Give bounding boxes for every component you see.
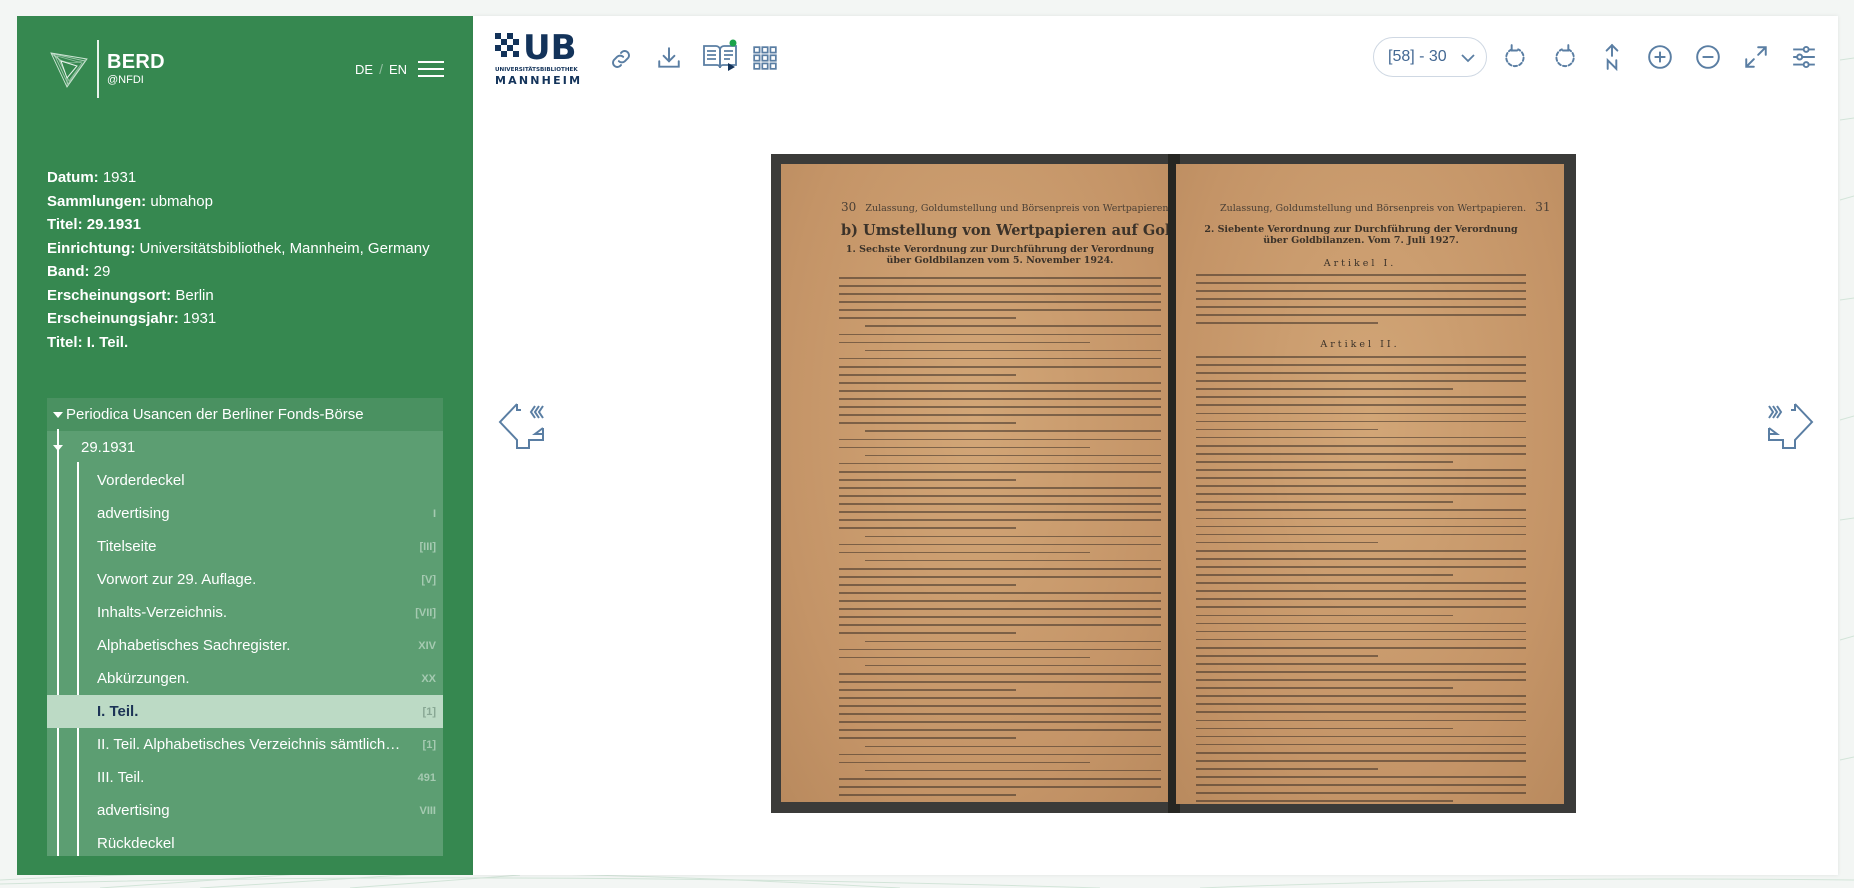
tree-item[interactable]: advertisingI (47, 497, 443, 530)
grid-icon[interactable] (752, 45, 778, 71)
tree-items: VorderdeckeladvertisingITitelseite[III]V… (47, 464, 443, 856)
settings-sliders-icon[interactable] (1791, 44, 1817, 70)
lang-de-link[interactable]: DE (355, 62, 373, 77)
svg-text:UB: UB (523, 30, 577, 68)
metadata-label: Titel: (47, 334, 83, 351)
berd-logo-icon (47, 47, 91, 91)
north-icon[interactable] (1599, 43, 1625, 71)
tree-item-page: XIV (418, 640, 436, 652)
metadata-value: 1931 (183, 310, 216, 327)
metadata-list: Datum: 1931Sammlungen: ubmahopTitel: 29.… (47, 166, 430, 354)
tree-item-page: [III] (420, 541, 437, 553)
metadata-row: Sammlungen: ubmahop (47, 190, 430, 214)
link-icon[interactable] (608, 46, 634, 72)
tree-item-label: Inhalts-Verzeichnis. (97, 604, 227, 621)
metadata-label: Band: (47, 263, 90, 280)
metadata-row: Band: 29 (47, 260, 430, 284)
tree-item-page: [1] (423, 706, 436, 718)
tree-item-page: [1] (423, 739, 436, 751)
brand-name: BERD (107, 51, 165, 73)
fulltext-book-icon[interactable] (702, 38, 738, 72)
left-page: 30 Zulassung, Goldumstellung und Börsenp… (781, 164, 1171, 802)
brand-divider (97, 40, 99, 98)
fullscreen-icon[interactable] (1743, 44, 1769, 70)
hamburger-menu-icon[interactable] (418, 61, 444, 81)
ub-mannheim-logo[interactable]: UB UNIVERSITÄTSBIBLIOTHEK MANNHEIM (494, 30, 586, 88)
lang-en-link[interactable]: EN (389, 62, 407, 77)
caret-down-icon[interactable] (53, 412, 63, 418)
right-page: Zulassung, Goldumstellung und Börsenprei… (1176, 164, 1564, 804)
tree-item-label: advertising (97, 802, 170, 819)
metadata-label: Erscheinungsjahr: (47, 310, 179, 327)
metadata-row: Einrichtung: Universitätsbibliothek, Man… (47, 237, 430, 261)
tree-item-label: Vorderdeckel (97, 472, 185, 489)
tree-item-page: VIII (419, 805, 436, 817)
tree-volume-label: 29.1931 (81, 439, 135, 456)
zoom-in-icon[interactable] (1647, 44, 1673, 70)
right-running-head: Zulassung, Goldumstellung und Börsenprei… (1220, 203, 1526, 214)
tree-item[interactable]: advertisingVIII (47, 794, 443, 827)
tree-item-label: Alphabetisches Sachregister. (97, 637, 290, 654)
metadata-value: Berlin (175, 287, 213, 304)
metadata-label: Sammlungen: (47, 193, 146, 210)
tree-item-label: Vorwort zur 29. Auflage. (97, 571, 256, 588)
left-page-text (839, 277, 1161, 802)
document-scan-image[interactable]: 30 Zulassung, Goldumstellung und Börsenp… (771, 154, 1576, 813)
tree-item[interactable]: Inhalts-Verzeichnis.[VII] (47, 596, 443, 629)
tree-item[interactable]: Vorwort zur 29. Auflage.[V] (47, 563, 443, 596)
svg-text:MANNHEIM: MANNHEIM (495, 74, 582, 87)
metadata-row: Erscheinungsjahr: 1931 (47, 307, 430, 331)
rotate-right-icon[interactable] (1551, 44, 1577, 70)
tree-item[interactable]: Vorderdeckel (47, 464, 443, 497)
tree-root-periodica[interactable]: Periodica Usancen der Berliner Fonds-Bör… (47, 398, 443, 431)
right-article-2: Artikel II. (1176, 339, 1554, 350)
right-page-subheading: 2. Siebente Verordnung zur Durchführung … (1196, 224, 1526, 246)
left-page-subheading: 1. Sechste Verordnung zur Durchführung d… (841, 244, 1159, 266)
left-page-heading: b) Umstellung von Wertpapieren auf Goldm… (841, 222, 1171, 239)
caret-down-icon[interactable] (53, 445, 63, 451)
tree-item-label: III. Teil. (97, 769, 144, 786)
rotate-left-icon[interactable] (1503, 44, 1529, 70)
tree-item[interactable]: I. Teil.[1] (47, 695, 443, 728)
metadata-row: Erscheinungsort: Berlin (47, 284, 430, 308)
svg-text:UNIVERSITÄTSBIBLIOTHEK: UNIVERSITÄTSBIBLIOTHEK (495, 66, 578, 73)
right-page-text (1196, 274, 1526, 331)
tree-item[interactable]: Alphabetisches Sachregister.XIV (47, 629, 443, 662)
page-select-value: [58] - 30 (1388, 48, 1447, 66)
tree-item-page: [VII] (415, 607, 436, 619)
brand-sub: @NFDI (107, 73, 165, 87)
metadata-value: I. Teil. (87, 334, 128, 351)
tree-item[interactable]: Rückdeckel (47, 827, 443, 856)
tree-item-page: XX (421, 673, 436, 685)
metadata-value: 29.1931 (87, 216, 141, 233)
page-select-dropdown[interactable]: [58] - 30 (1373, 37, 1487, 77)
metadata-row: Titel: 29.1931 (47, 213, 430, 237)
left-page-number: 30 (841, 200, 856, 214)
tree-item-label: Rückdeckel (97, 835, 175, 852)
tree-root-label: Periodica Usancen der Berliner Fonds-Bör… (66, 406, 364, 423)
right-page-text (1196, 356, 1526, 804)
metadata-label: Erscheinungsort: (47, 287, 171, 304)
zoom-out-icon[interactable] (1695, 44, 1721, 70)
tree-item[interactable]: Abkürzungen.XX (47, 662, 443, 695)
tree-item-page: [V] (421, 574, 436, 586)
metadata-label: Einrichtung: (47, 240, 135, 257)
structure-tree: Periodica Usancen der Berliner Fonds-Bör… (47, 398, 443, 856)
next-page-arrow-icon[interactable] (1763, 400, 1815, 452)
tree-volume-29-1931[interactable]: 29.1931 (47, 431, 443, 464)
tree-item-page: I (433, 508, 436, 520)
left-running-head: Zulassung, Goldumstellung und Börsenprei… (865, 203, 1171, 214)
tree-item[interactable]: II. Teil. Alphabetisches Verzeichnis säm… (47, 728, 443, 761)
lang-separator: / (379, 61, 383, 77)
sidebar: BERD @NFDI DE / EN Datum: 1931Sammlungen… (17, 16, 473, 875)
previous-page-arrow-icon[interactable] (497, 400, 549, 452)
download-icon[interactable] (656, 45, 682, 71)
metadata-value: ubmahop (150, 193, 213, 210)
chevron-down-icon (1460, 50, 1476, 66)
berd-brand[interactable]: BERD @NFDI (47, 40, 165, 98)
status-dot (730, 40, 737, 47)
metadata-value: Universitätsbibliothek, Mannheim, German… (140, 240, 430, 257)
metadata-value: 1931 (103, 169, 136, 186)
metadata-row: Titel: I. Teil. (47, 331, 430, 355)
tree-item[interactable]: Titelseite[III] (47, 530, 443, 563)
tree-item-label: Abkürzungen. (97, 670, 190, 687)
right-page-number: 31 (1535, 200, 1550, 214)
tree-item-label: I. Teil. (97, 703, 138, 720)
tree-item-label: Titelseite (97, 538, 156, 555)
metadata-label: Titel: (47, 216, 83, 233)
language-switch: DE / EN (355, 61, 407, 77)
tree-item-label: advertising (97, 505, 170, 522)
metadata-value: 29 (94, 263, 111, 280)
metadata-label: Datum: (47, 169, 99, 186)
metadata-row: Datum: 1931 (47, 166, 430, 190)
viewer-panel: UB UNIVERSITÄTSBIBLIOTHEK MANNHEIM [5 (473, 16, 1838, 875)
tree-item-label: II. Teil. Alphabetisches Verzeichnis säm… (97, 736, 407, 753)
right-article-1: Artikel I. (1176, 258, 1554, 269)
tree-item[interactable]: III. Teil.491 (47, 761, 443, 794)
tree-item-page: 491 (418, 772, 436, 784)
